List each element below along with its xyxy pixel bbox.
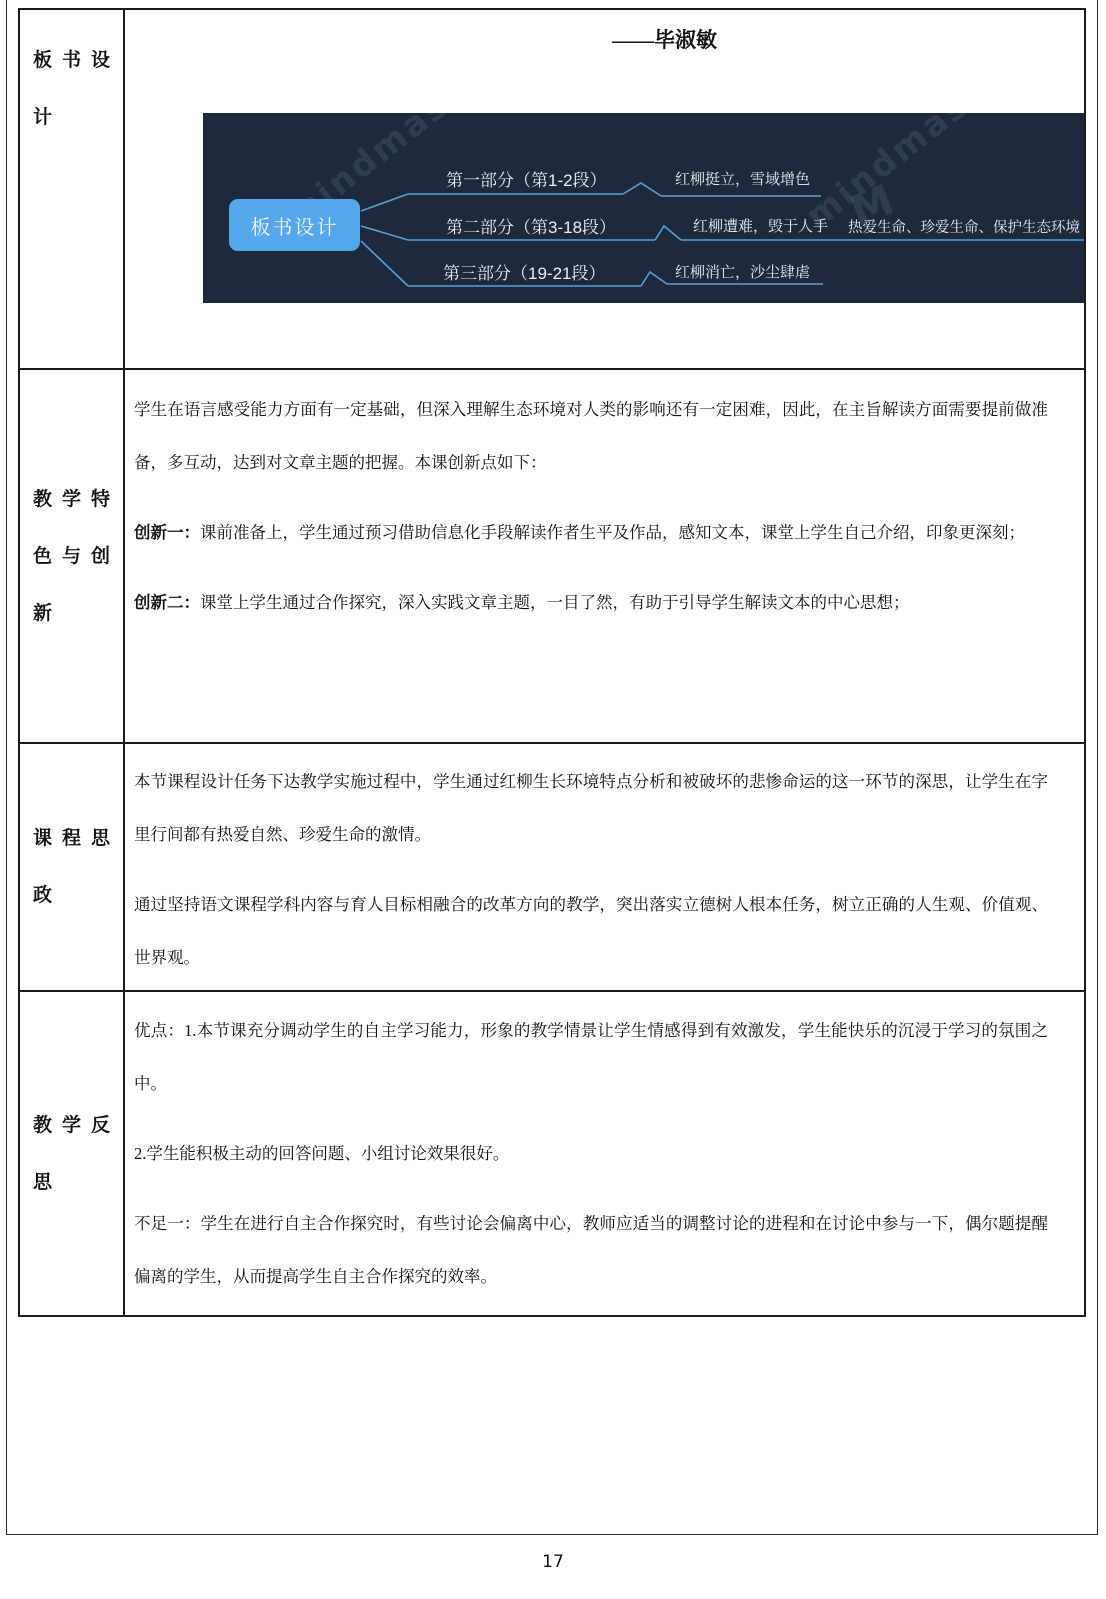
innovation-2-text: 课堂上学生通过合作探究，深入实践文章主题，一目了然，有助于引导学生解读文本的中心…: [200, 593, 910, 612]
table-row-board-design: 板书设计 ——毕淑敏 mindmaster mindmaster M: [20, 10, 1084, 368]
lesson-plan-table: 板书设计 ——毕淑敏 mindmaster mindmaster M: [18, 8, 1086, 1317]
paragraph: 学生在语言感受能力方面有一定基础，但深入理解生态环境对人类的影响还有一定困难，因…: [134, 383, 1048, 489]
mindmap-subtopic-3: 红柳消亡，沙尘肆虐: [675, 261, 810, 282]
paragraph: 2.学生能积极主动的回答问题、小组讨论效果很好。: [134, 1127, 1048, 1180]
paragraph: 创新二：课堂上学生通过合作探究，深入实践文章主题，一目了然，有助于引导学生解读文…: [134, 576, 1048, 629]
author-title: ——毕淑敏: [125, 10, 1084, 66]
table-row-teaching-features: 教学特色与创新 学生在语言感受能力方面有一定基础，但深入理解生态环境对人类的影响…: [20, 368, 1084, 742]
row-label-teaching-features: 教学特色与创新: [33, 471, 123, 642]
row-label-board-design: 板书设计: [33, 32, 123, 146]
row-label-cell: 课程思政: [20, 744, 125, 990]
teaching-features-content: 学生在语言感受能力方面有一定基础，但深入理解生态环境对人类的影响还有一定困难，因…: [125, 370, 1084, 742]
paragraph: 不足一：学生在进行自主合作探究时，有些讨论会偏离中心，教师应适当的调整讨论的进程…: [134, 1197, 1048, 1303]
row-label-cell: 板书设计: [20, 10, 125, 368]
course-ideology-content: 本节课程设计任务下达教学实施过程中，学生通过红柳生长环境特点分析和被破坏的悲惨命…: [125, 744, 1084, 990]
row-label-teaching-reflection: 教学反思: [33, 1097, 123, 1211]
paragraph: 本节课程设计任务下达教学实施过程中，学生通过红柳生长环境特点分析和被破坏的悲惨命…: [134, 755, 1048, 861]
page-number: 17: [0, 1552, 1106, 1572]
mindmap-topic-2: 第二部分（第3-18段）: [446, 213, 616, 238]
row-label-cell: 教学反思: [20, 992, 125, 1315]
mindmap-topic-1: 第一部分（第1-2段）: [446, 166, 607, 191]
mindmap-root-node: 板书设计: [229, 199, 360, 251]
mindmap-subtopic-2: 红柳遭难，毁于人手: [693, 215, 828, 236]
table-row-teaching-reflection: 教学反思 优点：1.本节课充分调动学生的自主学习能力，形象的教学情景让学生情感得…: [20, 990, 1084, 1315]
row-label-cell: 教学特色与创新: [20, 370, 125, 742]
innovation-1-text: 课前准备上，学生通过预习借助信息化手段解读作者生平及作品，感知文本，课堂上学生自…: [200, 523, 1025, 542]
mindmap-topic-3: 第三部分（19-21段）: [443, 259, 605, 284]
teaching-reflection-content: 优点：1.本节课充分调动学生的自主学习能力，形象的教学情景让学生情感得到有效激发…: [125, 992, 1084, 1315]
board-design-mindmap-image: mindmaster mindmaster M: [203, 113, 1084, 303]
innovation-1-label: 创新一：: [134, 523, 200, 542]
paragraph: 创新一：课前准备上，学生通过预习借助信息化手段解读作者生平及作品，感知文本，课堂…: [134, 506, 1048, 559]
innovation-2-label: 创新二：: [134, 593, 200, 612]
mindmap-subtopic-1: 红柳挺立，雪域增色: [675, 168, 810, 189]
table-row-course-ideology: 课程思政 本节课程设计任务下达教学实施过程中，学生通过红柳生长环境特点分析和被破…: [20, 742, 1084, 990]
board-design-content: ——毕淑敏 mindmaster mindmaster M: [125, 10, 1084, 368]
mindmap-subtopic-2b: 热爱生命、珍爱生命、保护生态环境: [848, 216, 1080, 237]
paragraph: 通过坚持语文课程学科内容与育人目标相融合的改革方向的教学，突出落实立德树人根本任…: [134, 878, 1048, 984]
row-label-course-ideology: 课程思政: [33, 810, 123, 924]
paragraph: 优点：1.本节课充分调动学生的自主学习能力，形象的教学情景让学生情感得到有效激发…: [134, 1004, 1048, 1110]
